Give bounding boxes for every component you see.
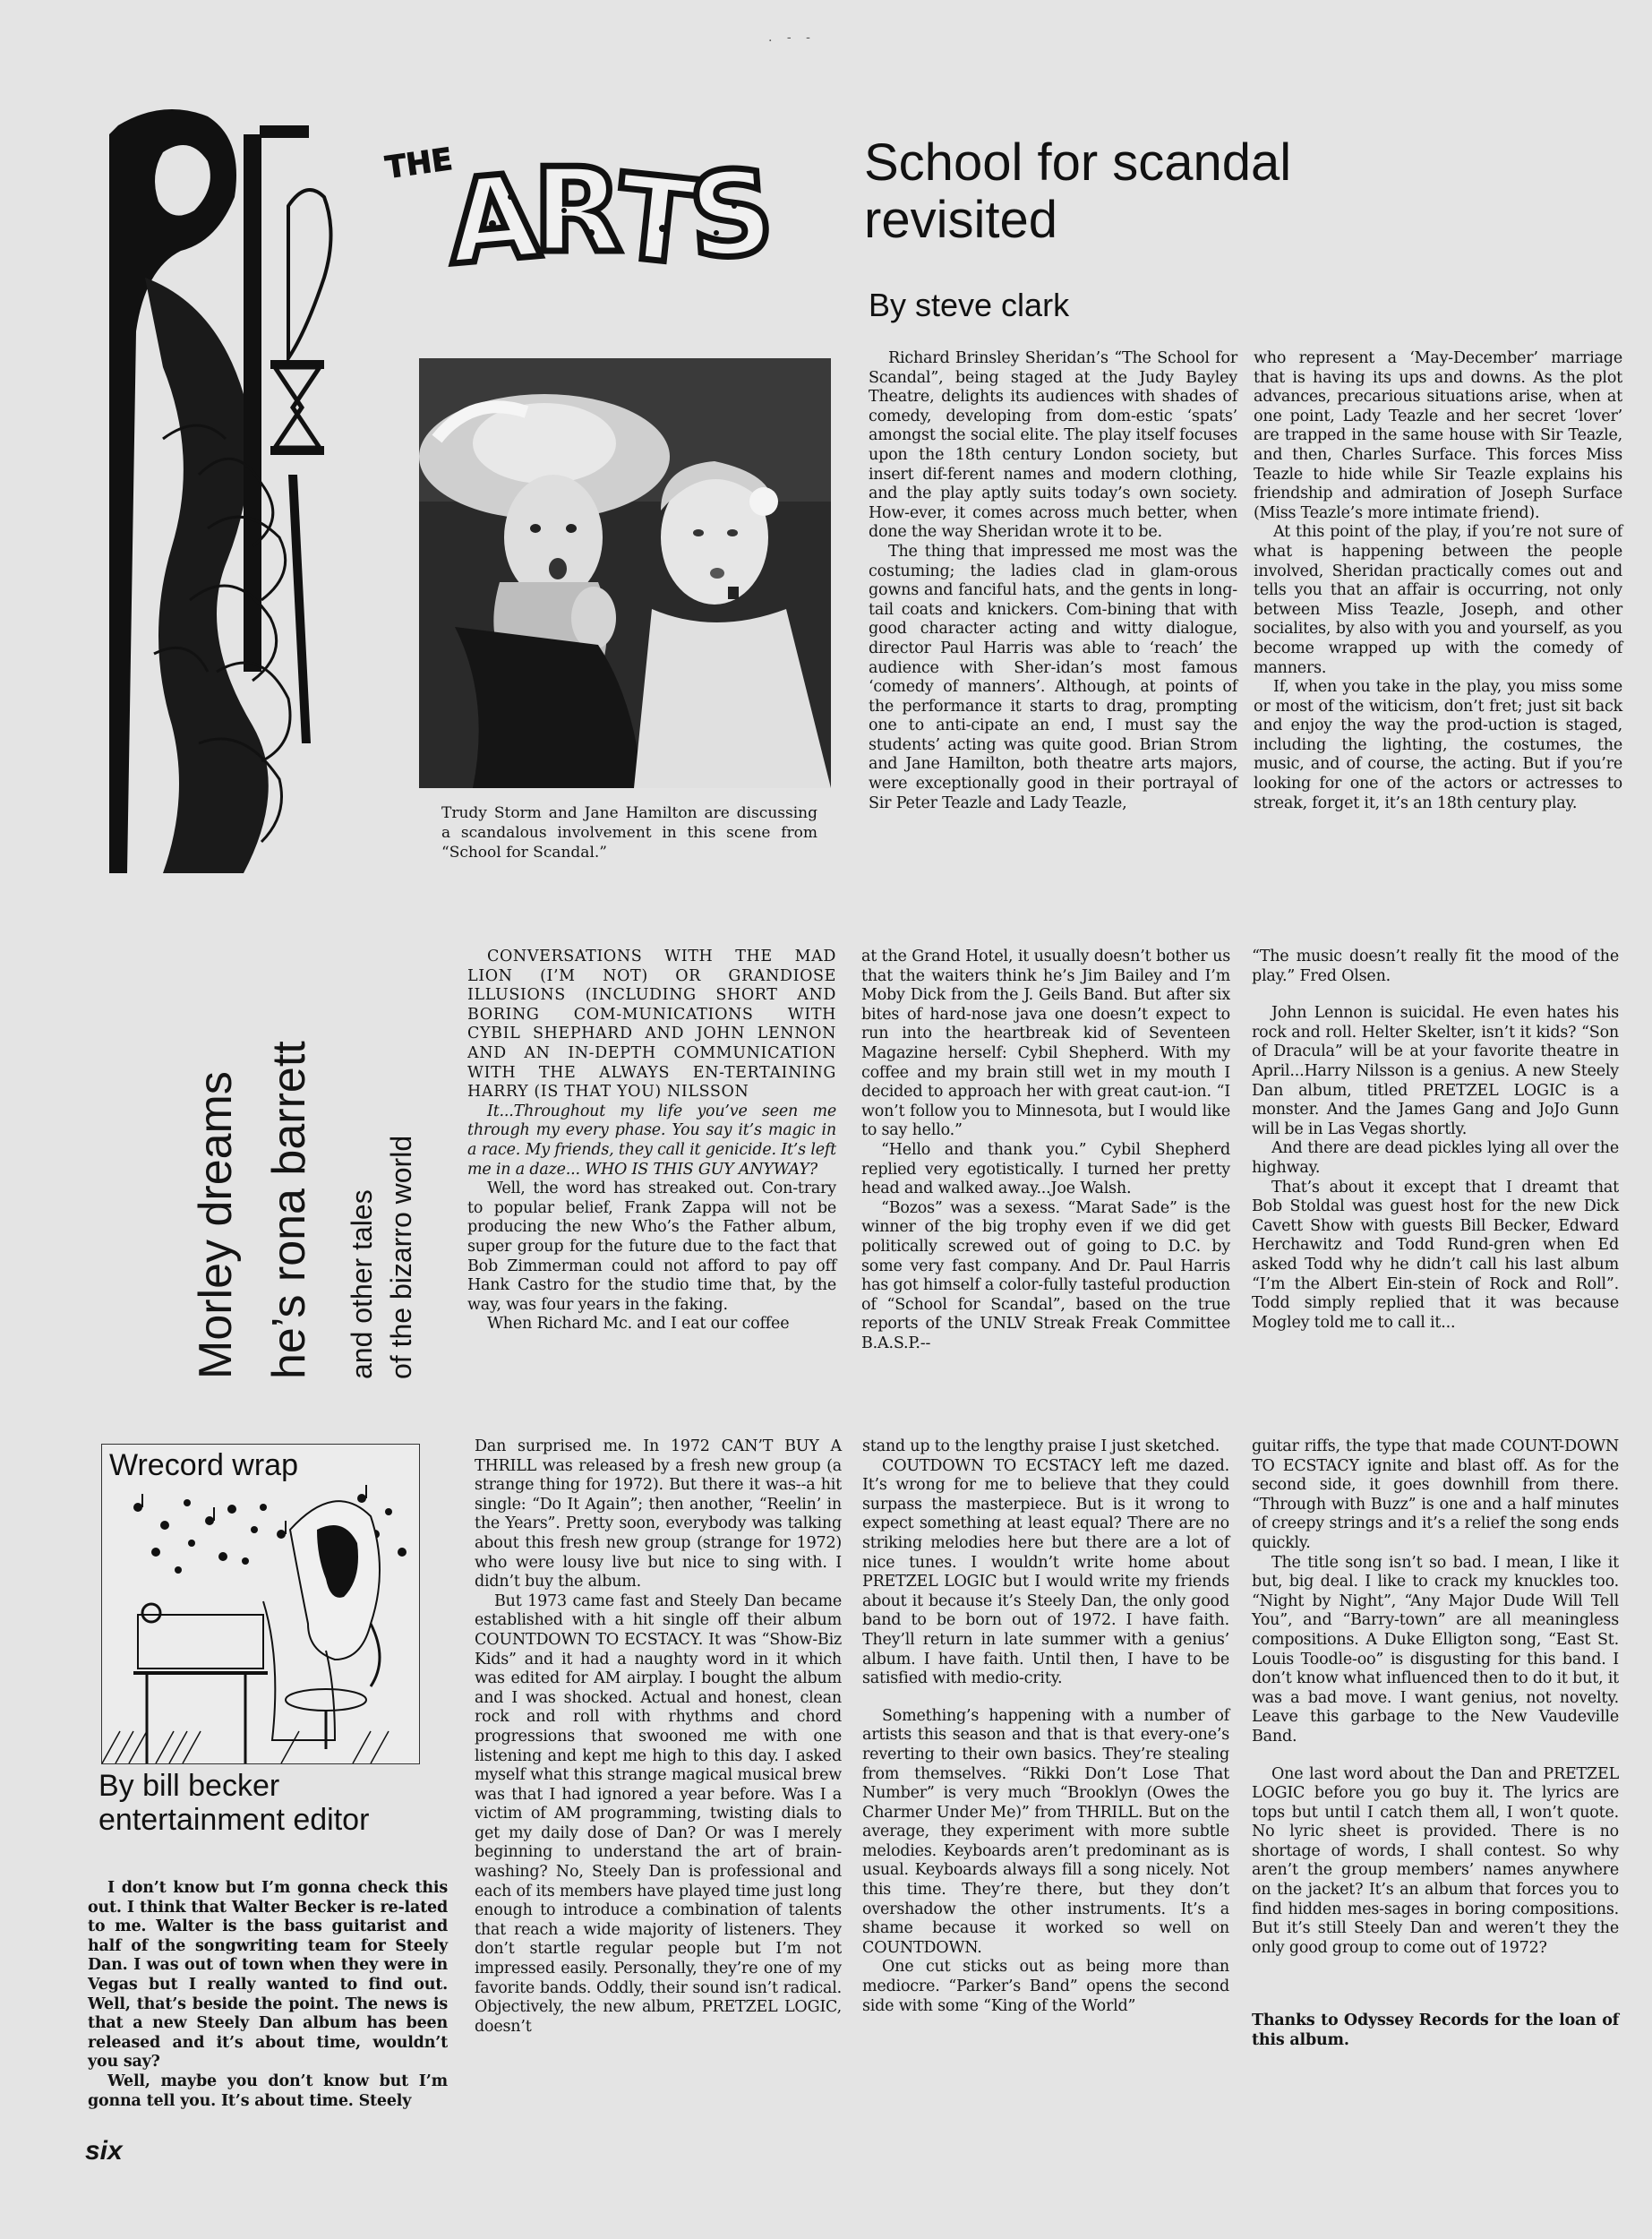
page-number: six xyxy=(85,2136,123,2166)
arts-column-1: Richard Brinsley Sheridan’s “The School … xyxy=(869,349,1237,813)
paragraph: guitar riffs, the type that made COUNT-D… xyxy=(1252,1437,1619,1554)
morley-title-line-1: Morley dreams xyxy=(179,931,253,1379)
paragraph: Well, maybe you don’t know but I’m gonna… xyxy=(88,2072,448,2111)
byline-name: By bill becker xyxy=(98,1769,369,1803)
paragraph: That’s about it except that I dreamt tha… xyxy=(1252,1179,1619,1334)
arts-column-2: who represent a ‘May-December’ marriage … xyxy=(1254,349,1622,813)
paragraph: “The music doesn’t really fit the mood o… xyxy=(1252,948,1619,986)
morley-subtitle-line-1: and other tales xyxy=(342,931,381,1379)
the-arts-logo: THE A R T S xyxy=(376,125,806,278)
morley-title-line-2: he’s rona barrett xyxy=(253,931,326,1379)
paragraph: at the Grand Hotel, it usually doesn’t b… xyxy=(861,948,1230,1141)
paragraph: stand up to the lengthy praise I just sk… xyxy=(862,1437,1229,1457)
morley-vertical-headline: Morley dreams he’s rona barrett and othe… xyxy=(179,931,430,1415)
record-wrap-column-4: guitar riffs, the type that made COUNT-D… xyxy=(1252,1437,1619,2051)
record-wrap-illustration xyxy=(101,1444,420,1764)
paragraph: Dan surprised me. In 1972 CAN’T BUY A TH… xyxy=(475,1437,842,1592)
art-nouveau-illustration xyxy=(109,99,405,873)
play-scene-photo xyxy=(419,358,831,788)
morley-column-3: “The music doesn’t really fit the mood o… xyxy=(1252,948,1619,1333)
paragraph: CONVERSATIONS WITH THE MAD LION (I’M NOT… xyxy=(467,948,836,1102)
paragraph: I don’t know but I’m gonna check this ou… xyxy=(88,1879,448,2072)
arts-headline: School for scandal revisited xyxy=(864,134,1291,249)
paragraph: But 1973 came fast and Steely Dan became… xyxy=(475,1592,842,2037)
morley-column-1: CONVERSATIONS WITH THE MAD LION (I’M NOT… xyxy=(467,948,836,1334)
paragraph: Richard Brinsley Sheridan’s “The School … xyxy=(869,349,1237,543)
morley-column-2: at the Grand Hotel, it usually doesn’t b… xyxy=(861,948,1230,1353)
registration-marks: . - - xyxy=(768,30,816,45)
paragraph: If, when you take in the play, you miss … xyxy=(1254,678,1622,813)
byline-role: entertainment editor xyxy=(98,1803,369,1837)
headline-line-1: School for scandal xyxy=(864,134,1291,192)
arts-byline: By steve clark xyxy=(869,287,1069,324)
paragraph: John Lennon is suicidal. He even hates h… xyxy=(1252,1004,1619,1139)
paragraph: COUTDOWN TO ECSTACY left me dazed. It’s … xyxy=(862,1457,1229,1689)
paragraph: It...Throughout my life you’ve seen me t… xyxy=(467,1102,836,1180)
record-wrap-column-3: stand up to the lengthy praise I just sk… xyxy=(862,1437,1229,2016)
paragraph: Well, the word has streaked out. Con-tra… xyxy=(467,1180,836,1315)
headline-line-2: revisited xyxy=(864,192,1291,249)
svg-text:A: A xyxy=(442,148,544,278)
paragraph: “Bozos” was a sexess. “Marat Sade” is th… xyxy=(861,1199,1230,1354)
record-wrap-byline: By bill becker entertainment editor xyxy=(98,1769,369,1837)
paragraph: When Richard Mc. and I eat our coffee xyxy=(467,1315,836,1334)
svg-text:S: S xyxy=(685,143,778,278)
record-wrap-column-2: Dan surprised me. In 1972 CAN’T BUY A TH… xyxy=(475,1437,842,2037)
paragraph: who represent a ‘May-December’ marriage … xyxy=(1254,349,1622,523)
paragraph: “Hello and thank you.” Cybil Shepherd re… xyxy=(861,1141,1230,1199)
svg-text:R: R xyxy=(533,142,622,278)
record-wrap-title: Wrecord wrap xyxy=(109,1448,302,1483)
record-wrap-column-1: I don’t know but I’m gonna check this ou… xyxy=(88,1879,448,2111)
morley-subtitle-line-2: of the bizarro world xyxy=(381,931,421,1379)
photo-caption: Trudy Storm and Jane Hamilton are discus… xyxy=(441,803,817,862)
album-credit: Thanks to Odyssey Records for the loan o… xyxy=(1252,2012,1619,2050)
paragraph: One last word about the Dan and PRETZEL … xyxy=(1252,1765,1619,1959)
paragraph: And there are dead pickles lying all ove… xyxy=(1252,1139,1619,1178)
paragraph: The title song isn’t so bad. I mean, I l… xyxy=(1252,1554,1619,1747)
paragraph: At this point of the play, if you’re not… xyxy=(1254,523,1622,678)
paragraph: The thing that impressed me most was the… xyxy=(869,543,1237,813)
paragraph: Something’s happening with a number of a… xyxy=(862,1707,1229,1959)
paragraph: One cut sticks out as being more than me… xyxy=(862,1958,1229,2016)
